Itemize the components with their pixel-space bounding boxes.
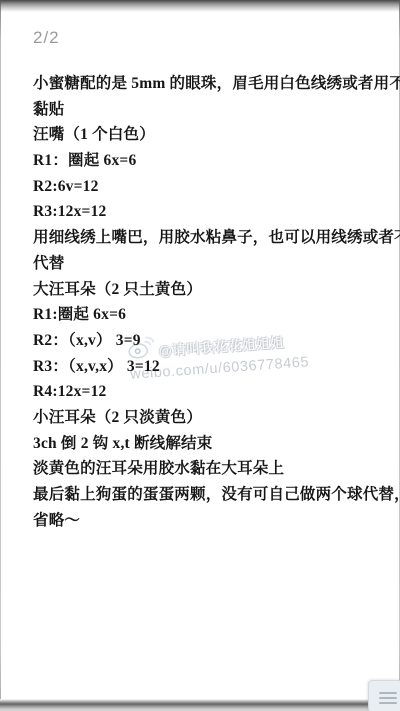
hamburger-icon: [379, 692, 397, 707]
text-line: 小汪耳朵（2 只淡黄色）: [33, 405, 384, 431]
text-line: 黏贴: [33, 97, 384, 123]
text-line: R4:12x=12: [33, 379, 384, 405]
text-line: 最后黏上狗蛋的蛋蛋两颗，没有可自己做两个球代替，或者: [33, 482, 384, 508]
text-line: 小蜜糖配的是 5mm 的眼珠，眉毛用白色线绣或者用不织布: [33, 71, 384, 97]
text-line: 代替: [33, 251, 384, 277]
text-line: R3:12x=12: [33, 199, 384, 225]
text-line: 汪嘴（1 个白色）: [33, 122, 384, 148]
text-line: 3ch 倒 2 钩 x,t 断线解结束: [33, 431, 384, 457]
text-line: R2:6v=12: [33, 174, 384, 200]
text-line: 淡黄色的汪耳朵用胶水黏在大耳朵上: [33, 456, 384, 482]
text-line: R3：（x,v,x） 3=12: [33, 354, 384, 380]
document-body: 小蜜糖配的是 5mm 的眼珠，眉毛用白色线绣或者用不织布 黏贴 汪嘴（1 个白色…: [33, 71, 384, 533]
text-line: 大汪耳朵（2 只土黄色）: [33, 277, 384, 303]
text-line: R2：（x,v） 3=9: [33, 328, 384, 354]
text-line: R1：圈起 6x=6: [33, 148, 384, 174]
text-line: R1:圈起 6x=6: [33, 302, 384, 328]
page-bottom-shadow: [0, 699, 400, 711]
page-top-shadow: [0, 0, 400, 12]
page-indicator: 2/2: [33, 28, 60, 48]
text-line: 用细线绣上嘴巴，用胶水粘鼻子，也可以用线绣或者不织布: [33, 225, 384, 251]
text-line: 省略～: [33, 508, 384, 534]
menu-button[interactable]: [368, 680, 400, 711]
page-left-edge: [0, 0, 1, 711]
